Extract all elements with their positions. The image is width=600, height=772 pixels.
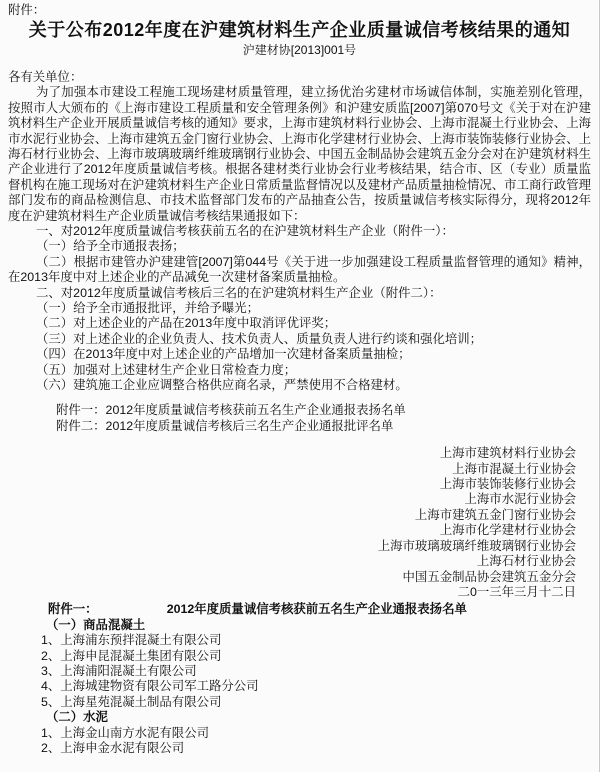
clause-2-3: （三）对上述企业的企业负责人、技术负责人、质量负责人进行约谈和强化培训； bbox=[8, 332, 591, 347]
attachment-ref-list: 附件一：2012年度质量诚信考核获前五名生产企业通报表扬名单 附件二：2012年… bbox=[8, 403, 591, 434]
clause-2-2: （二）对上述企业的产品在2013年度中取消评优评奖； bbox=[8, 316, 591, 331]
signature-org-9: 中国五金制品协会建筑五金分会 bbox=[8, 570, 576, 585]
company-item: 2、上海申昆混凝土集团有限公司 bbox=[8, 649, 591, 664]
company-item: 5、上海星苑混凝土制品有限公司 bbox=[8, 695, 591, 710]
company-item: 1、上海浦东预拌混凝土有限公司 bbox=[8, 633, 591, 648]
attachment-label: 附件： bbox=[8, 3, 591, 18]
document-number: 沪建材协[2013]001号 bbox=[8, 43, 591, 58]
signature-org-1: 上海市建筑材料行业协会 bbox=[8, 446, 576, 461]
clause-2-6: （六）建筑施工企业应调整合格供应商名录，严禁使用不合格建材。 bbox=[8, 378, 591, 393]
clause-2-1: （一）给予全市通报批评，并给予曝光； bbox=[8, 301, 591, 316]
clause-2-5: （五）加强对上述建材生产企业日常检查力度； bbox=[8, 363, 591, 378]
company-item: 3、上海浦阳混凝土有限公司 bbox=[8, 664, 591, 679]
signature-org-3: 上海市装饰装修行业协会 bbox=[8, 477, 576, 492]
signature-org-8: 上海石材行业协会 bbox=[8, 554, 576, 569]
signature-org-7: 上海市玻璃玻璃纤维玻璃钢行业协会 bbox=[8, 539, 576, 554]
signature-org-6: 上海市化学建材行业协会 bbox=[8, 523, 576, 538]
company-item: 4、上海城建物资有限公司军工路分公司 bbox=[8, 679, 591, 694]
company-item: 1、上海金山南方水泥有限公司 bbox=[8, 726, 591, 741]
signature-block: 上海市建筑材料行业协会 上海市混凝土行业协会 上海市装饰装修行业协会 上海市水泥… bbox=[8, 446, 591, 600]
annex-section: 附件一： 2012年度质量诚信考核获前五名生产企业通报表扬名单 （一）商品混凝土… bbox=[8, 602, 591, 756]
clause-1: 一、对2012年度质量诚信考核获前五名的在沪建筑材料生产企业（附件一）： bbox=[8, 224, 591, 239]
company-item: 2、上海申金水泥有限公司 bbox=[8, 741, 591, 756]
clause-2-4: （四）在2013年度中对上述企业的产品增加一次建材备案质量抽检； bbox=[8, 347, 591, 362]
document-title: 关于公布2012年度在沪建筑材料生产企业质量诚信考核结果的通知 bbox=[8, 18, 591, 43]
signature-org-4: 上海市水泥行业协会 bbox=[8, 492, 576, 507]
salutation: 各有关单位： bbox=[8, 70, 591, 85]
annex-heading-row: 附件一： 2012年度质量诚信考核获前五名生产企业通报表扬名单 bbox=[8, 602, 591, 617]
signature-date: 二0一三年三月十二日 bbox=[8, 585, 576, 600]
clause-2: 二、对2012年度质量诚信考核后三名的在沪建筑材料生产企业（附件二）： bbox=[8, 286, 591, 301]
intro-paragraph: 为了加强本市建设工程施工现场建材质量管理，建立扬优治劣建材市场诚信体制，实施差别… bbox=[8, 85, 591, 224]
annex-title: 2012年度质量诚信考核获前五名生产企业通报表扬名单 bbox=[98, 602, 591, 617]
annex-section-title-concrete: （一）商品混凝土 bbox=[8, 618, 591, 633]
clause-1-1: （一）给予全市通报表扬； bbox=[8, 239, 591, 254]
attachment-ref-1: 附件一：2012年度质量诚信考核获前五名生产企业通报表扬名单 bbox=[56, 403, 591, 418]
annex-label: 附件一： bbox=[48, 602, 98, 617]
clause-1-2: （二）根据市建管办沪建建管[2007]第044号《关于进一步加强建设工程质量监督… bbox=[8, 255, 591, 286]
notice-document: 附件： 关于公布2012年度在沪建筑材料生产企业质量诚信考核结果的通知 沪建材协… bbox=[0, 0, 600, 772]
signature-org-2: 上海市混凝土行业协会 bbox=[8, 462, 576, 477]
annex-section-title-cement: （二）水泥 bbox=[8, 710, 591, 725]
signature-org-5: 上海市建筑五金门窗行业协会 bbox=[8, 508, 576, 523]
attachment-ref-2: 附件二：2012年度质量诚信考核后三名生产企业通报批评名单 bbox=[56, 419, 591, 434]
